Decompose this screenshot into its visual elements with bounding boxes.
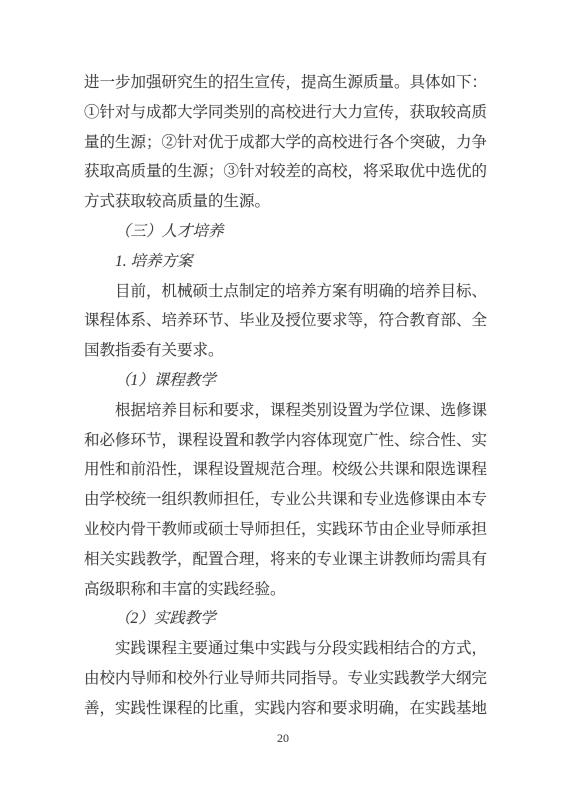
body-text-line: 高级职称和丰富的实践经验。: [84, 575, 492, 605]
page-text-block: 进一步加强研究生的招生宣传，提高生源质量。具体如下： ①针对与成都大学同类别的高…: [84, 68, 492, 724]
body-text-line: 进一步加强研究生的招生宣传，提高生源质量。具体如下：: [84, 68, 492, 98]
body-text-line: 由学校统一组织教师担任，专业公共课和专业选修课由本专: [84, 485, 492, 515]
body-text-line: 课程体系、培养环节、毕业及授位要求等，符合教育部、全: [84, 306, 492, 336]
body-text-line: 国教指委有关要求。: [84, 336, 492, 366]
body-text-line: 实践课程主要通过集中实践与分段实践相结合的方式，: [84, 634, 492, 664]
heading-practice-teaching: （2）实践教学: [84, 604, 492, 634]
body-text-line: 目前，机械硕士点制定的培养方案有明确的培养目标、: [84, 277, 492, 307]
body-text-line: 获取高质量的生源；③针对较差的高校，将采取优中选优的: [84, 157, 492, 187]
page-number: 20: [0, 731, 566, 745]
body-text-line: 善，实践性课程的比重，实践内容和要求明确，在实践基地: [84, 694, 492, 724]
body-text-line: 业校内骨干教师或硕士导师担任，实践环节由企业导师承担: [84, 515, 492, 545]
body-text-line: 相关实践教学，配置合理，将来的专业课主讲教师均需具有: [84, 545, 492, 575]
heading-course-teaching: （1）课程教学: [84, 366, 492, 396]
body-text-line: 量的生源；②针对优于成都大学的高校进行各个突破，力争: [84, 128, 492, 158]
body-text-line: 方式获取较高质量的生源。: [84, 187, 492, 217]
document-page: 进一步加强研究生的招生宣传，提高生源质量。具体如下： ①针对与成都大学同类别的高…: [0, 0, 566, 800]
heading-talent-cultivation: （三）人才培养: [84, 217, 492, 247]
body-text-line: 和必修环节，课程设置和教学内容体现宽广性、综合性、实: [84, 426, 492, 456]
heading-training-plan: 1. 培养方案: [84, 247, 492, 277]
body-text-line: 由校内导师和校外行业导师共同指导。专业实践教学大纲完: [84, 664, 492, 694]
body-text-line: 根据培养目标和要求，课程类别设置为学位课、选修课: [84, 396, 492, 426]
body-text-line: ①针对与成都大学同类别的高校进行大力宣传，获取较高质: [84, 98, 492, 128]
body-text-line: 用性和前沿性，课程设置规范合理。校级公共课和限选课程: [84, 455, 492, 485]
